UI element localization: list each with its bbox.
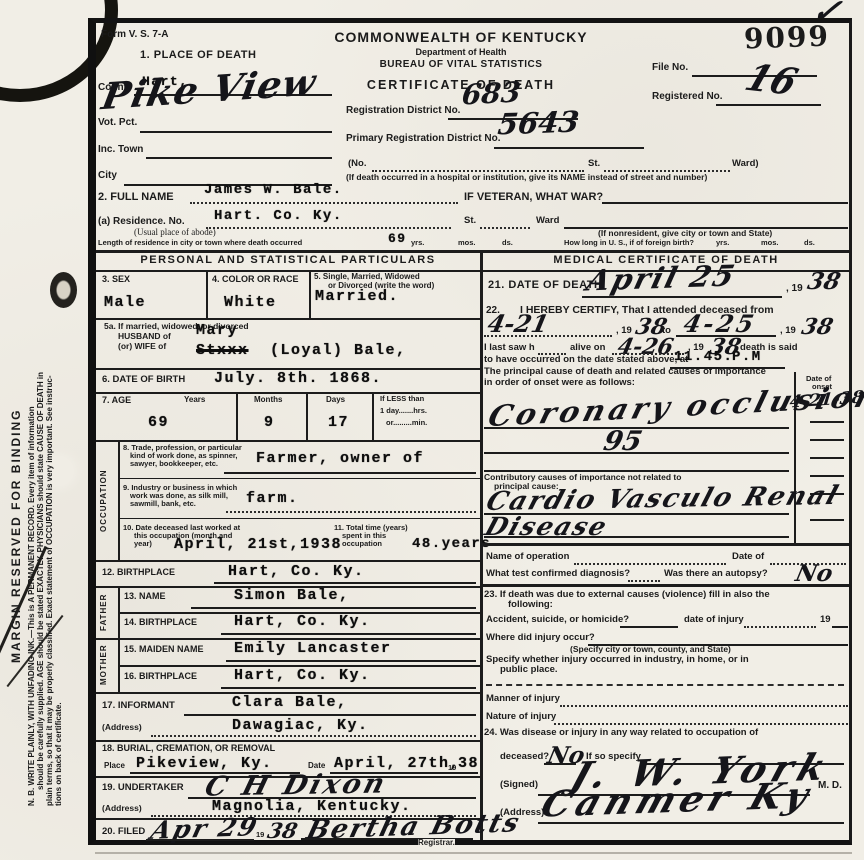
ds-label: ds.: [502, 239, 513, 247]
rule: [832, 626, 848, 628]
rule: [236, 392, 238, 440]
father-birthplace-value: Hart, Co. Ky.: [234, 614, 371, 631]
date-of-death-value: April 25: [583, 260, 739, 297]
rule: [118, 586, 120, 638]
rule: [480, 227, 530, 229]
rule: [226, 511, 476, 513]
autopsy-value: No: [793, 561, 835, 586]
precinct-value: Pike View: [99, 62, 320, 117]
rule: [118, 440, 120, 560]
operation-label: Name of operation: [486, 552, 569, 562]
rule: [486, 684, 844, 686]
undertaker-address-label: (Address): [102, 804, 142, 813]
rule: [221, 633, 476, 635]
rule: [146, 839, 254, 841]
veteran-label: IF VETERAN, WHAT WAR?: [464, 191, 603, 203]
ds-label: ds.: [804, 239, 815, 247]
manner-of-injury-label: Manner of injury: [486, 694, 560, 704]
printed-19: , 19: [780, 326, 796, 336]
stamp-number: 9099: [743, 22, 830, 56]
rule: [306, 392, 308, 440]
age-years-value: 69: [148, 415, 169, 432]
rule: [554, 723, 848, 725]
ward-label: Ward): [732, 159, 759, 169]
nonresident-note: (If nonresident, give city or town and S…: [598, 229, 772, 238]
spouse-struck-value: Stxxx: [196, 343, 249, 360]
length-value: 69: [388, 232, 407, 246]
rule: [484, 452, 789, 454]
time-of-death-value: 11.45.: [674, 350, 733, 365]
rule: [810, 439, 844, 441]
rule: [96, 740, 480, 742]
file-no-label: File No.: [652, 62, 688, 73]
rule: [118, 478, 480, 479]
rule: [582, 296, 782, 298]
rule: [544, 763, 576, 765]
ward2-label: Ward: [536, 216, 559, 226]
rule: [206, 270, 208, 318]
mother-vertical-label: MOTHER: [99, 641, 108, 689]
rule: [538, 822, 844, 824]
father-name-label: 13. NAME: [124, 592, 166, 602]
ifless-label: 1 day.......hrs.: [380, 407, 427, 415]
occupation-vertical-label: OCCUPATION: [99, 445, 108, 557]
father-vertical-label: FATHER: [99, 589, 108, 635]
last-worked-label: year): [134, 540, 152, 548]
rule: [96, 560, 480, 562]
rule: [226, 660, 476, 662]
undertaker-label: 19. UNDERTAKER: [102, 783, 184, 793]
rule: [810, 421, 844, 423]
rule: [190, 202, 458, 204]
full-name-label: 2. FULL NAME: [98, 191, 174, 203]
rule: [494, 147, 644, 149]
binding-margin: MARGIN RESERVED FOR BINDING N. B. WRITE …: [6, 18, 86, 848]
length-label: Length of residence in city or town wher…: [98, 239, 302, 247]
rule: [810, 475, 844, 477]
item-24-label: 24. Was disease or injury in any way rel…: [484, 728, 758, 738]
test-label: What test confirmed diagnosis?: [486, 569, 630, 579]
burial-year-value: 38: [458, 756, 479, 773]
rule: [221, 687, 476, 689]
husband-label: HUSBAND of: [118, 332, 171, 341]
city-label: City: [98, 170, 117, 181]
rule: [146, 157, 332, 159]
principal-cause-text: in order of onset were as follows:: [484, 378, 635, 388]
attended-from-value: 4-21: [485, 311, 551, 337]
form-number: Form V. S. 7-A: [101, 29, 168, 40]
scan-artifact-streak: [95, 852, 852, 854]
date-of-death-year: 38: [805, 269, 842, 294]
months-header: Months: [254, 396, 282, 405]
registrar-signature: Bertha Botts: [303, 809, 523, 845]
rule: [372, 392, 374, 440]
rule: [482, 543, 849, 546]
age-months-value: 9: [264, 415, 275, 432]
mother-maiden-value: Emily Lancaster: [234, 641, 392, 658]
burial-label: 18. BURIAL, CREMATION, OR REMOVAL: [102, 744, 275, 754]
nature-of-injury-label: Nature of injury: [486, 712, 556, 722]
race-label: 4. COLOR OR RACE: [212, 275, 299, 285]
rule: [140, 131, 332, 133]
deceased-label: deceased?: [500, 752, 549, 762]
external-causes-label: following:: [508, 600, 553, 610]
spouse-name-value: Mary: [196, 323, 238, 340]
birthplace-value: Hart, Co. Ky.: [228, 564, 365, 581]
rule: [484, 335, 612, 337]
rule: [574, 563, 726, 565]
printed-19: , 19: [786, 283, 803, 294]
informant-address-value: Dawagiac, Ky.: [232, 718, 369, 735]
wife-label: (or) WIFE of: [118, 342, 166, 351]
total-time-value: 48.years: [412, 537, 491, 552]
last-worked-value: April, 21st,1938: [174, 537, 342, 554]
spouse-name-value2: (Loyal) Bale,: [270, 343, 407, 360]
rule: [96, 440, 480, 442]
signed-label: (Signed): [500, 780, 538, 790]
marital-value: Married.: [315, 289, 399, 306]
rule: [309, 270, 311, 318]
total-time-label: occupation: [342, 540, 382, 548]
rule: [628, 580, 660, 582]
age-days-value: 17: [328, 415, 349, 432]
certificate-form: Form V. S. 7-A 1. PLACE OF DEATH COMMONW…: [88, 18, 852, 845]
rule: [484, 536, 789, 538]
hospital-note: (If death occurred in a hospital or inst…: [346, 173, 707, 182]
ifless-label: or.........min.: [386, 419, 427, 427]
registered-no-value: 16: [740, 58, 802, 103]
sex-value: Male: [104, 295, 146, 312]
filed-19-label: 19: [256, 831, 264, 839]
margin-note-line: plain terms, so that it may be properly …: [46, 18, 55, 806]
abode-note: (Usual place of abode): [134, 228, 216, 238]
md-label: M. D.: [818, 780, 842, 791]
registered-no-label: Registered No.: [652, 91, 723, 102]
rule: [224, 472, 476, 474]
personal-section-title: PERSONAL AND STATISTICAL PARTICULARS: [96, 254, 480, 266]
injury-date-label: date of injury: [684, 615, 744, 625]
mos-label: mos.: [458, 239, 476, 247]
autopsy-label: Was there an autopsy?: [664, 569, 768, 579]
father-birthplace-label: 14. BIRTHPLACE: [124, 618, 197, 628]
days-header: Days: [326, 396, 345, 405]
trade-value: Farmer, owner of: [256, 451, 424, 468]
rule: [184, 714, 476, 716]
rule: [810, 457, 844, 459]
registration-district-label: Registration District No.: [346, 105, 460, 116]
title-commonwealth: COMMONWEALTH OF KENTUCKY: [276, 30, 646, 45]
attended-to-year: 38: [799, 315, 835, 339]
residence-label: (a) Residence. No.: [98, 216, 185, 227]
inc-town-label: Inc. Town: [98, 144, 143, 155]
alive-on-text: alive on: [570, 343, 605, 353]
father-name-value: Simon Bale,: [234, 588, 350, 605]
margin-note-line: tions on back of certificate.: [55, 18, 64, 806]
rule: [118, 518, 480, 519]
full-name-value: James W. Bale.: [204, 183, 343, 198]
rule: [151, 735, 476, 737]
informant-value: Clara Bale,: [232, 695, 348, 712]
title-department: Department of Health: [276, 48, 646, 58]
primary-district-value: 5643: [496, 107, 580, 142]
no-label: (No.: [348, 159, 366, 169]
occurred-text: to have occurred on the date stated abov…: [484, 355, 688, 365]
years-header: Years: [184, 396, 205, 405]
principal-cause-text: The principal cause of death and related…: [484, 367, 766, 377]
title-certificate: CERTIFICATE OF DEATH: [276, 79, 646, 93]
rule: [214, 582, 476, 584]
place-of-death-label: 1. PLACE OF DEATH: [140, 49, 256, 61]
yrs-label: yrs.: [716, 239, 729, 247]
yrs-label: yrs.: [411, 239, 424, 247]
race-value: White: [224, 295, 277, 312]
rule: [482, 584, 849, 587]
operation-date-label: Date of: [732, 552, 764, 562]
rule: [716, 104, 821, 106]
informant-address-label: (Address): [102, 723, 142, 732]
rule: [744, 626, 816, 628]
burial-19-label: 19: [448, 764, 456, 772]
rule: [118, 638, 120, 692]
rule: [602, 202, 848, 204]
cause-of-death-value: Coronary occlusion: [485, 381, 864, 433]
filed-label: 20. FILED: [102, 827, 145, 837]
registrar-label: Registrar.: [418, 839, 455, 848]
birthplace-label: 12. BIRTHPLACE: [102, 568, 175, 578]
mother-birthplace-value: Hart, Co. Ky.: [234, 668, 371, 685]
accident-label: Accident, suicide, or homicide?: [486, 615, 629, 625]
ifless-label: If LESS than: [380, 395, 424, 403]
dob-value: July. 8th. 1868.: [214, 371, 382, 388]
age-label: 7. AGE: [102, 396, 131, 406]
where-injury-label: Where did injury occur?: [486, 633, 595, 643]
st2-label: St.: [464, 216, 476, 226]
foreign-label: How long in U. S., if of foreign birth?: [564, 239, 694, 247]
rule: [620, 626, 678, 628]
industry-value: farm.: [246, 491, 299, 508]
burial-place-label: Place: [104, 762, 125, 771]
dob-label: 6. DATE OF BIRTH: [102, 375, 185, 385]
rule: [96, 250, 849, 253]
binding-label: MARGIN RESERVED FOR BINDING: [10, 18, 23, 663]
physician-address-value: Canmer Ky: [536, 776, 818, 825]
certificate-scan: ✓ MARGIN RESERVED FOR BINDING N. B. WRIT…: [0, 0, 864, 860]
specify-note: (Specify city or town, county, and State…: [570, 645, 731, 654]
rule: [560, 705, 848, 707]
primary-district-label: Primary Registration District No.: [346, 133, 500, 144]
mother-maiden-label: 15. MAIDEN NAME: [124, 645, 204, 655]
title-bureau: BUREAU OF VITAL STATISTICS: [276, 59, 646, 70]
injury-19-label: 19: [820, 615, 831, 625]
mother-birthplace-label: 16. BIRTHPLACE: [124, 672, 197, 682]
specify-label: public place.: [500, 665, 558, 675]
rule: [191, 607, 476, 609]
last-saw-text: I last saw h: [484, 343, 535, 353]
rule: [206, 227, 451, 229]
mos-label: mos.: [761, 239, 779, 247]
ampm-value: P.M: [732, 350, 762, 365]
rule: [96, 318, 480, 320]
filed-year-value: 38: [266, 819, 300, 842]
sex-label: 3. SEX: [102, 275, 130, 285]
industry-label: sawmill, bank, etc.: [130, 500, 196, 508]
rule: [810, 519, 844, 521]
informant-label: 17. INFORMANT: [102, 701, 175, 711]
residence-value: Hart. Co. Ky.: [214, 209, 343, 224]
st-label: St.: [588, 159, 600, 169]
precinct-label: Vot. Pct.: [98, 117, 137, 128]
trade-label: sawyer, bookkeeper, etc.: [130, 460, 218, 468]
